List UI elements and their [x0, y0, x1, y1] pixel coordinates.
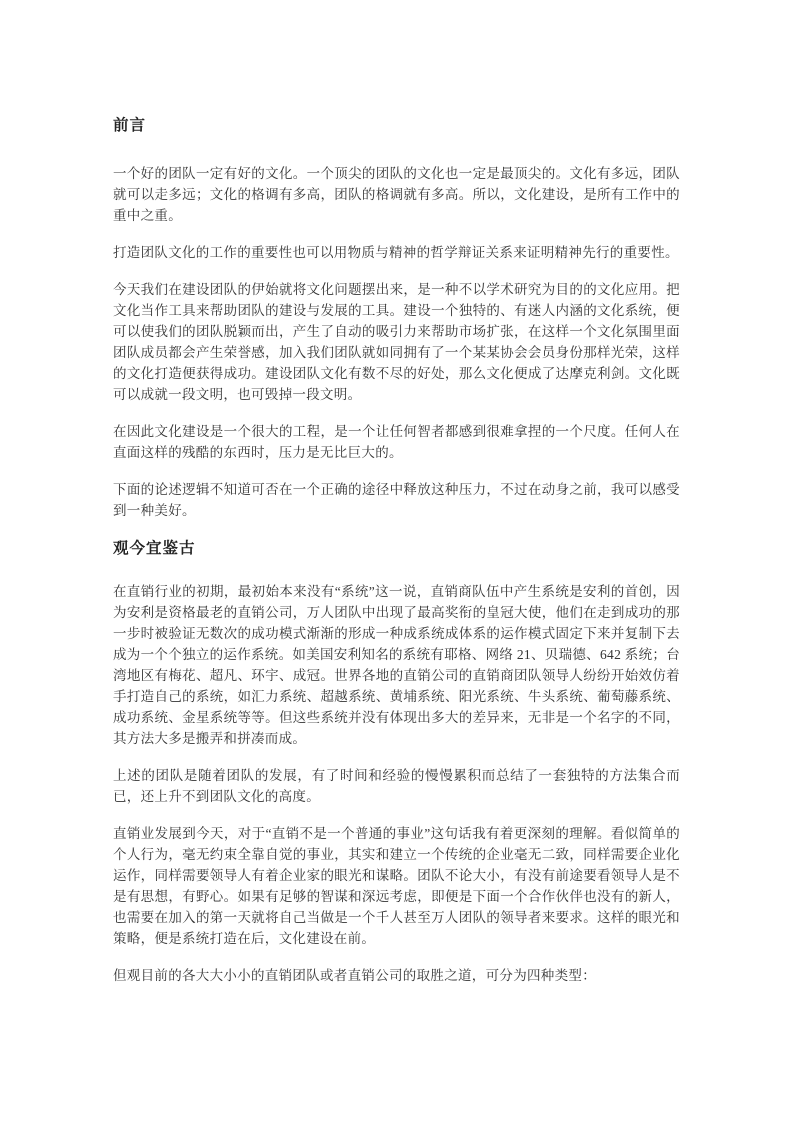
paragraph: 一个好的团队一定有好的文化。一个顶尖的团队的文化也一定是最顶尖的。文化有多远，团… [113, 163, 680, 226]
paragraph: 但观目前的各大大小小的直销团队或者直销公司的取胜之道，可分为四种类型： [113, 965, 680, 986]
paragraph: 在因此文化建设是一个很大的工程，是一个让任何智者都感到很难拿捏的一个尺度。任何人… [113, 421, 680, 463]
section-preface: 前言 一个好的团队一定有好的文化。一个顶尖的团队的文化也一定是最顶尖的。文化有多… [113, 115, 680, 521]
paragraph: 打造团队文化的工作的重要性也可以用物质与精神的哲学辩证关系来证明精神先行的重要性… [113, 242, 680, 263]
paragraph: 在直销行业的初期，最初始本来没有“系统”这一说，直销商队伍中产生系统是安利的首创… [113, 581, 680, 749]
paragraph: 今天我们在建设团队的伊始就将文化问题摆出来，是一种不以学术研究为目的的文化应用。… [113, 279, 680, 405]
paragraph: 下面的论述逻辑不知道可否在一个正确的途径中释放这种压力，不过在动身之前，我可以感… [113, 479, 680, 521]
document-page: 前言 一个好的团队一定有好的文化。一个顶尖的团队的文化也一定是最顶尖的。文化有多… [0, 0, 793, 1122]
section-history-review: 观今宜鉴古 在直销行业的初期，最初始本来没有“系统”这一说，直销商队伍中产生系统… [113, 538, 680, 986]
paragraph: 上述的团队是随着团队的发展，有了时间和经验的慢慢累积而总结了一套独特的方法集合而… [113, 765, 680, 807]
history-review-heading: 观今宜鉴古 [113, 538, 680, 559]
preface-heading: 前言 [113, 115, 680, 136]
paragraph: 直销业发展到今天，对于“直销不是一个普通的事业”这句话我有着更深刻的理解。看似简… [113, 823, 680, 949]
